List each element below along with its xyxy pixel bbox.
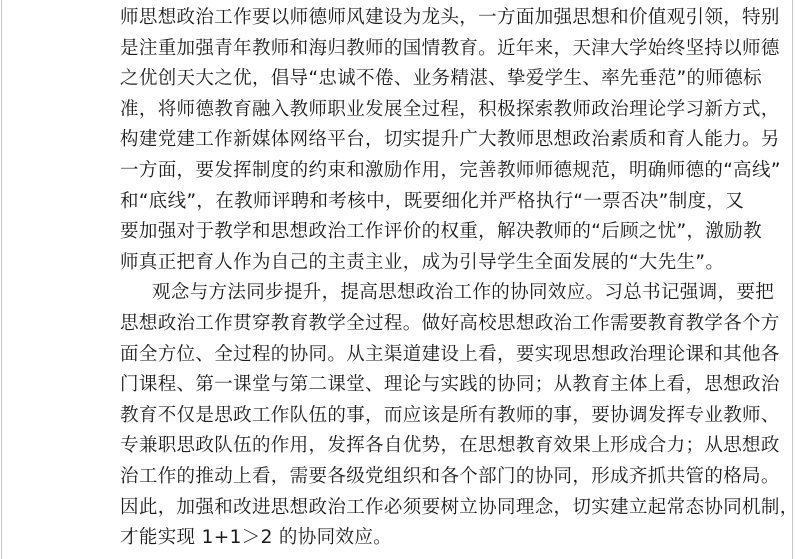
text-line: 才能实现 1+1＞2 的协同效应。 xyxy=(120,523,680,554)
text-line: 准，将师德教育融入教师职业发展全过程，积极探索教师政治理论学习新方式， xyxy=(120,95,680,126)
text-line: 教育不仅是思政工作队伍的事，而应该是所有教师的事，要协调发挥专业教师、 xyxy=(120,401,680,432)
text-line: 要加强对于教学和思想政治工作评价的权重，解决教师的“后顾之忧”，激励教 xyxy=(120,217,680,248)
page-border-right xyxy=(792,0,793,559)
text-line: 构建党建工作新媒体网络平台，切实提升广大教师思想政治素质和育人能力。另 xyxy=(120,125,680,156)
text-line: 一方面，要发挥制度的约束和激励作用，完善教师师德规范，明确师德的“高线” xyxy=(120,156,680,187)
text-line: 门课程、第一课堂与第二课堂、理论与实践的协同；从教育主体上看，思想政治 xyxy=(120,370,680,401)
text-line: 思想政治工作贯穿教育教学全过程。做好高校思想政治工作需要教育教学各个方 xyxy=(120,309,680,340)
text-line: 治工作的推动上看，需要各级党组织和各个部门的协同，形成齐抓共管的格局。 xyxy=(120,462,680,493)
text-line: 之优创天大之优，倡导“忠诚不倦、业务精湛、挚爱学生、率先垂范”的师德标 xyxy=(120,64,680,95)
text-line: 师思想政治工作要以师德师风建设为龙头，一方面加强思想和价值观引领，特别 xyxy=(120,3,680,34)
paragraph-2: 观念与方法同步提升，提高思想政治工作的协同效应。习总书记强调，要把 思想政治工作… xyxy=(120,278,680,553)
text-line: 面全方位、全过程的协同。从主渠道建设上看，要实现思想政治理论课和其他各 xyxy=(120,340,680,371)
text-line-indented: 观念与方法同步提升，提高思想政治工作的协同效应。习总书记强调，要把 xyxy=(120,278,680,309)
text-line: 和“底线”，在教师评聘和考核中，既要细化并严格执行“一票否决”制度，又 xyxy=(120,187,680,218)
text-line: 师真正把育人作为自己的主责主业，成为引导学生全面发展的“大先生”。 xyxy=(120,248,680,279)
paragraph-1: 师思想政治工作要以师德师风建设为龙头，一方面加强思想和价值观引领，特别 是注重加… xyxy=(120,3,680,278)
text-line: 是注重加强青年教师和海归教师的国情教育。近年来，天津大学始终坚持以师德 xyxy=(120,34,680,65)
page-border-left xyxy=(1,0,2,559)
document-page: 师思想政治工作要以师德师风建设为龙头，一方面加强思想和价值观引领，特别 是注重加… xyxy=(120,3,680,554)
text-line: 因此，加强和改进思想政治工作必须要树立协同理念，切实建立起常态协同机制， xyxy=(120,493,680,524)
text-line: 专兼职思政队伍的作用，发挥各自优势，在思想教育效果上形成合力；从思想政 xyxy=(120,431,680,462)
